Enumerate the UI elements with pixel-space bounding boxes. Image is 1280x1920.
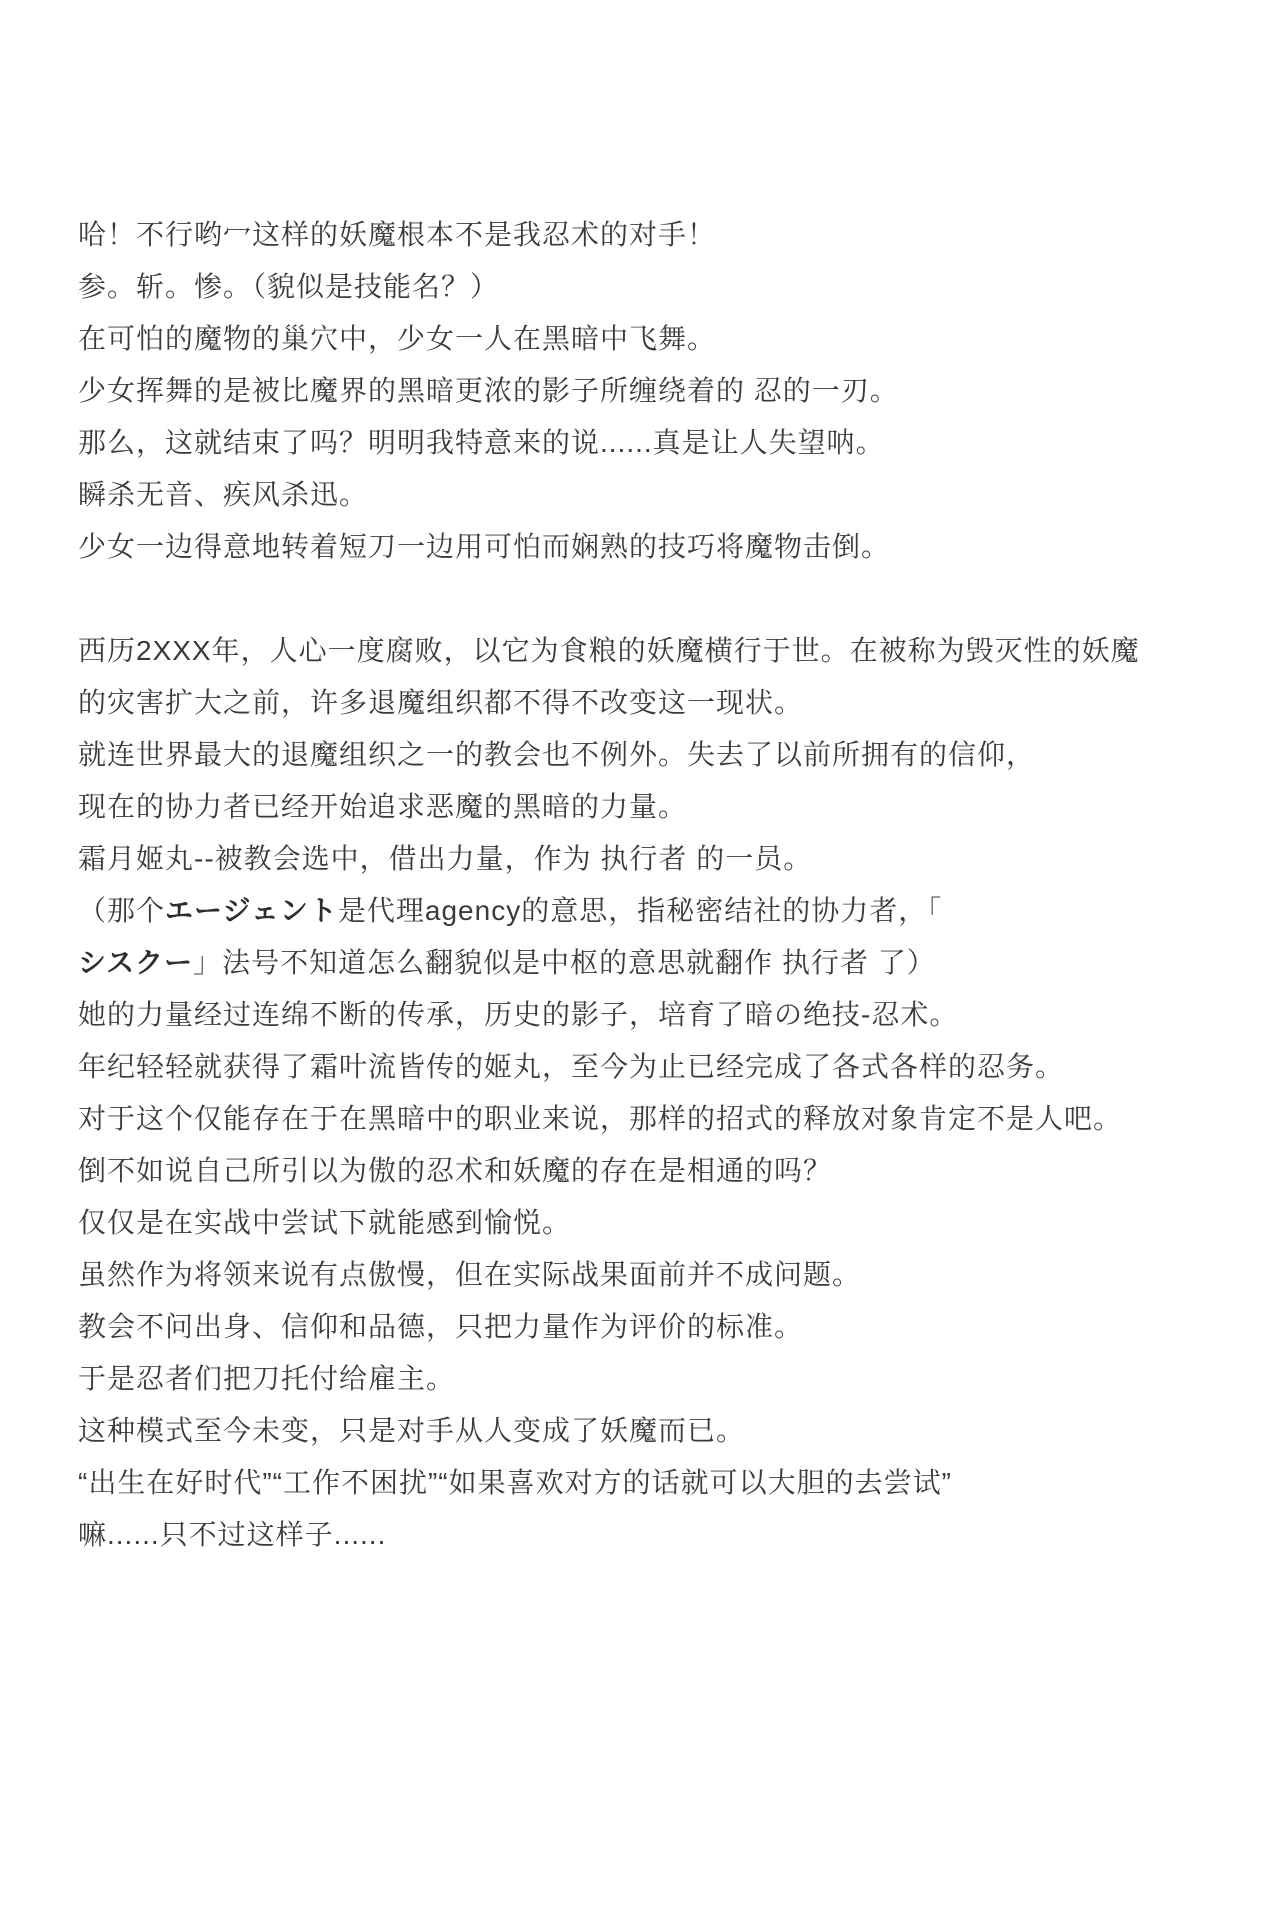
note-text: （那个 (78, 895, 165, 926)
translator-note-line: （那个エージェント是代理agency的意思，指秘密结社的协力者，「 (78, 885, 1208, 937)
story-line: 她的力量经过连绵不断的传承，历史的影子，培育了暗の绝技-忍术。 (78, 989, 1208, 1041)
story-line: 少女一边得意地转着短刀一边用可怕而娴熟的技巧将魔物击倒。 (78, 521, 1208, 573)
story-line: 倒不如说自己所引以为傲的忍术和妖魔的存在是相通的吗？ (78, 1145, 1208, 1197)
story-line: 年纪轻轻就获得了霜叶流皆传的姬丸，至今为止已经完成了各式各样的忍务。 (78, 1041, 1208, 1093)
story-line: 教会不问出身、信仰和品德，只把力量作为评价的标准。 (78, 1301, 1208, 1353)
paragraph-spacer (78, 573, 1208, 625)
story-line: 哈！不行哟冖这样的妖魔根本不是我忍术的对手！ (78, 209, 1208, 261)
note-text: 」法号不知道怎么翻貌似是中枢的意思就翻作 执行者 了） (193, 947, 936, 978)
story-line: 对于这个仅能存在于在黑暗中的职业来说，那样的招式的释放对象肯定不是人吧。 (78, 1093, 1208, 1145)
story-line: 参。斩。惨。（貌似是技能名？） (78, 261, 1208, 313)
story-line: 这种模式至今未变，只是对手从人变成了妖魔而已。 (78, 1405, 1208, 1457)
story-line: 的灾害扩大之前，许多退魔组织都不得不改变这一现状。 (78, 677, 1208, 729)
story-line: 现在的协力者已经开始追求恶魔的黑暗的力量。 (78, 781, 1208, 833)
story-line: 就连世界最大的退魔组织之一的教会也不例外。失去了以前所拥有的信仰， (78, 729, 1208, 781)
story-line: 于是忍者们把刀托付给雇主。 (78, 1353, 1208, 1405)
story-line: 霜月姬丸--被教会选中，借出力量，作为 执行者 的一员。 (78, 833, 1208, 885)
story-line: “出生在好时代”“工作不困扰”“如果喜欢对方的话就可以大胆的去尝试” (78, 1457, 1208, 1509)
document-page: 哈！不行哟冖这样的妖魔根本不是我忍术的对手！ 参。斩。惨。（貌似是技能名？） 在… (0, 0, 1280, 1920)
story-line: 瞬杀无音、疾风杀迅。 (78, 469, 1208, 521)
story-line: 少女挥舞的是被比魔界的黑暗更浓的影子所缠绕着的 忍的一刃。 (78, 365, 1208, 417)
story-text-block: 哈！不行哟冖这样的妖魔根本不是我忍术的对手！ 参。斩。惨。（貌似是技能名？） 在… (78, 209, 1208, 1561)
story-line: 那么，这就结束了吗？明明我特意来的说......真是让人失望呐。 (78, 417, 1208, 469)
note-text: 是代理agency的意思，指秘密结社的协力者，「 (338, 895, 942, 926)
note-katakana-agent: エージェント (165, 895, 338, 926)
story-line: 仅仅是在实战中尝试下就能感到愉悦。 (78, 1197, 1208, 1249)
story-line: 在可怕的魔物的巢穴中，少女一人在黑暗中飞舞。 (78, 313, 1208, 365)
story-line: 虽然作为将领来说有点傲慢，但在实际战果面前并不成问题。 (78, 1249, 1208, 1301)
story-line: 嘛......只不过这样子...... (78, 1509, 1208, 1561)
translator-note-line: シスクー」法号不知道怎么翻貌似是中枢的意思就翻作 执行者 了） (78, 937, 1208, 989)
story-line: 西历2XXX年，人心一度腐败，以它为食粮的妖魔横行于世。在被称为毁灭性的妖魔 (78, 625, 1208, 677)
note-katakana-shisuku: シスクー (78, 947, 193, 978)
